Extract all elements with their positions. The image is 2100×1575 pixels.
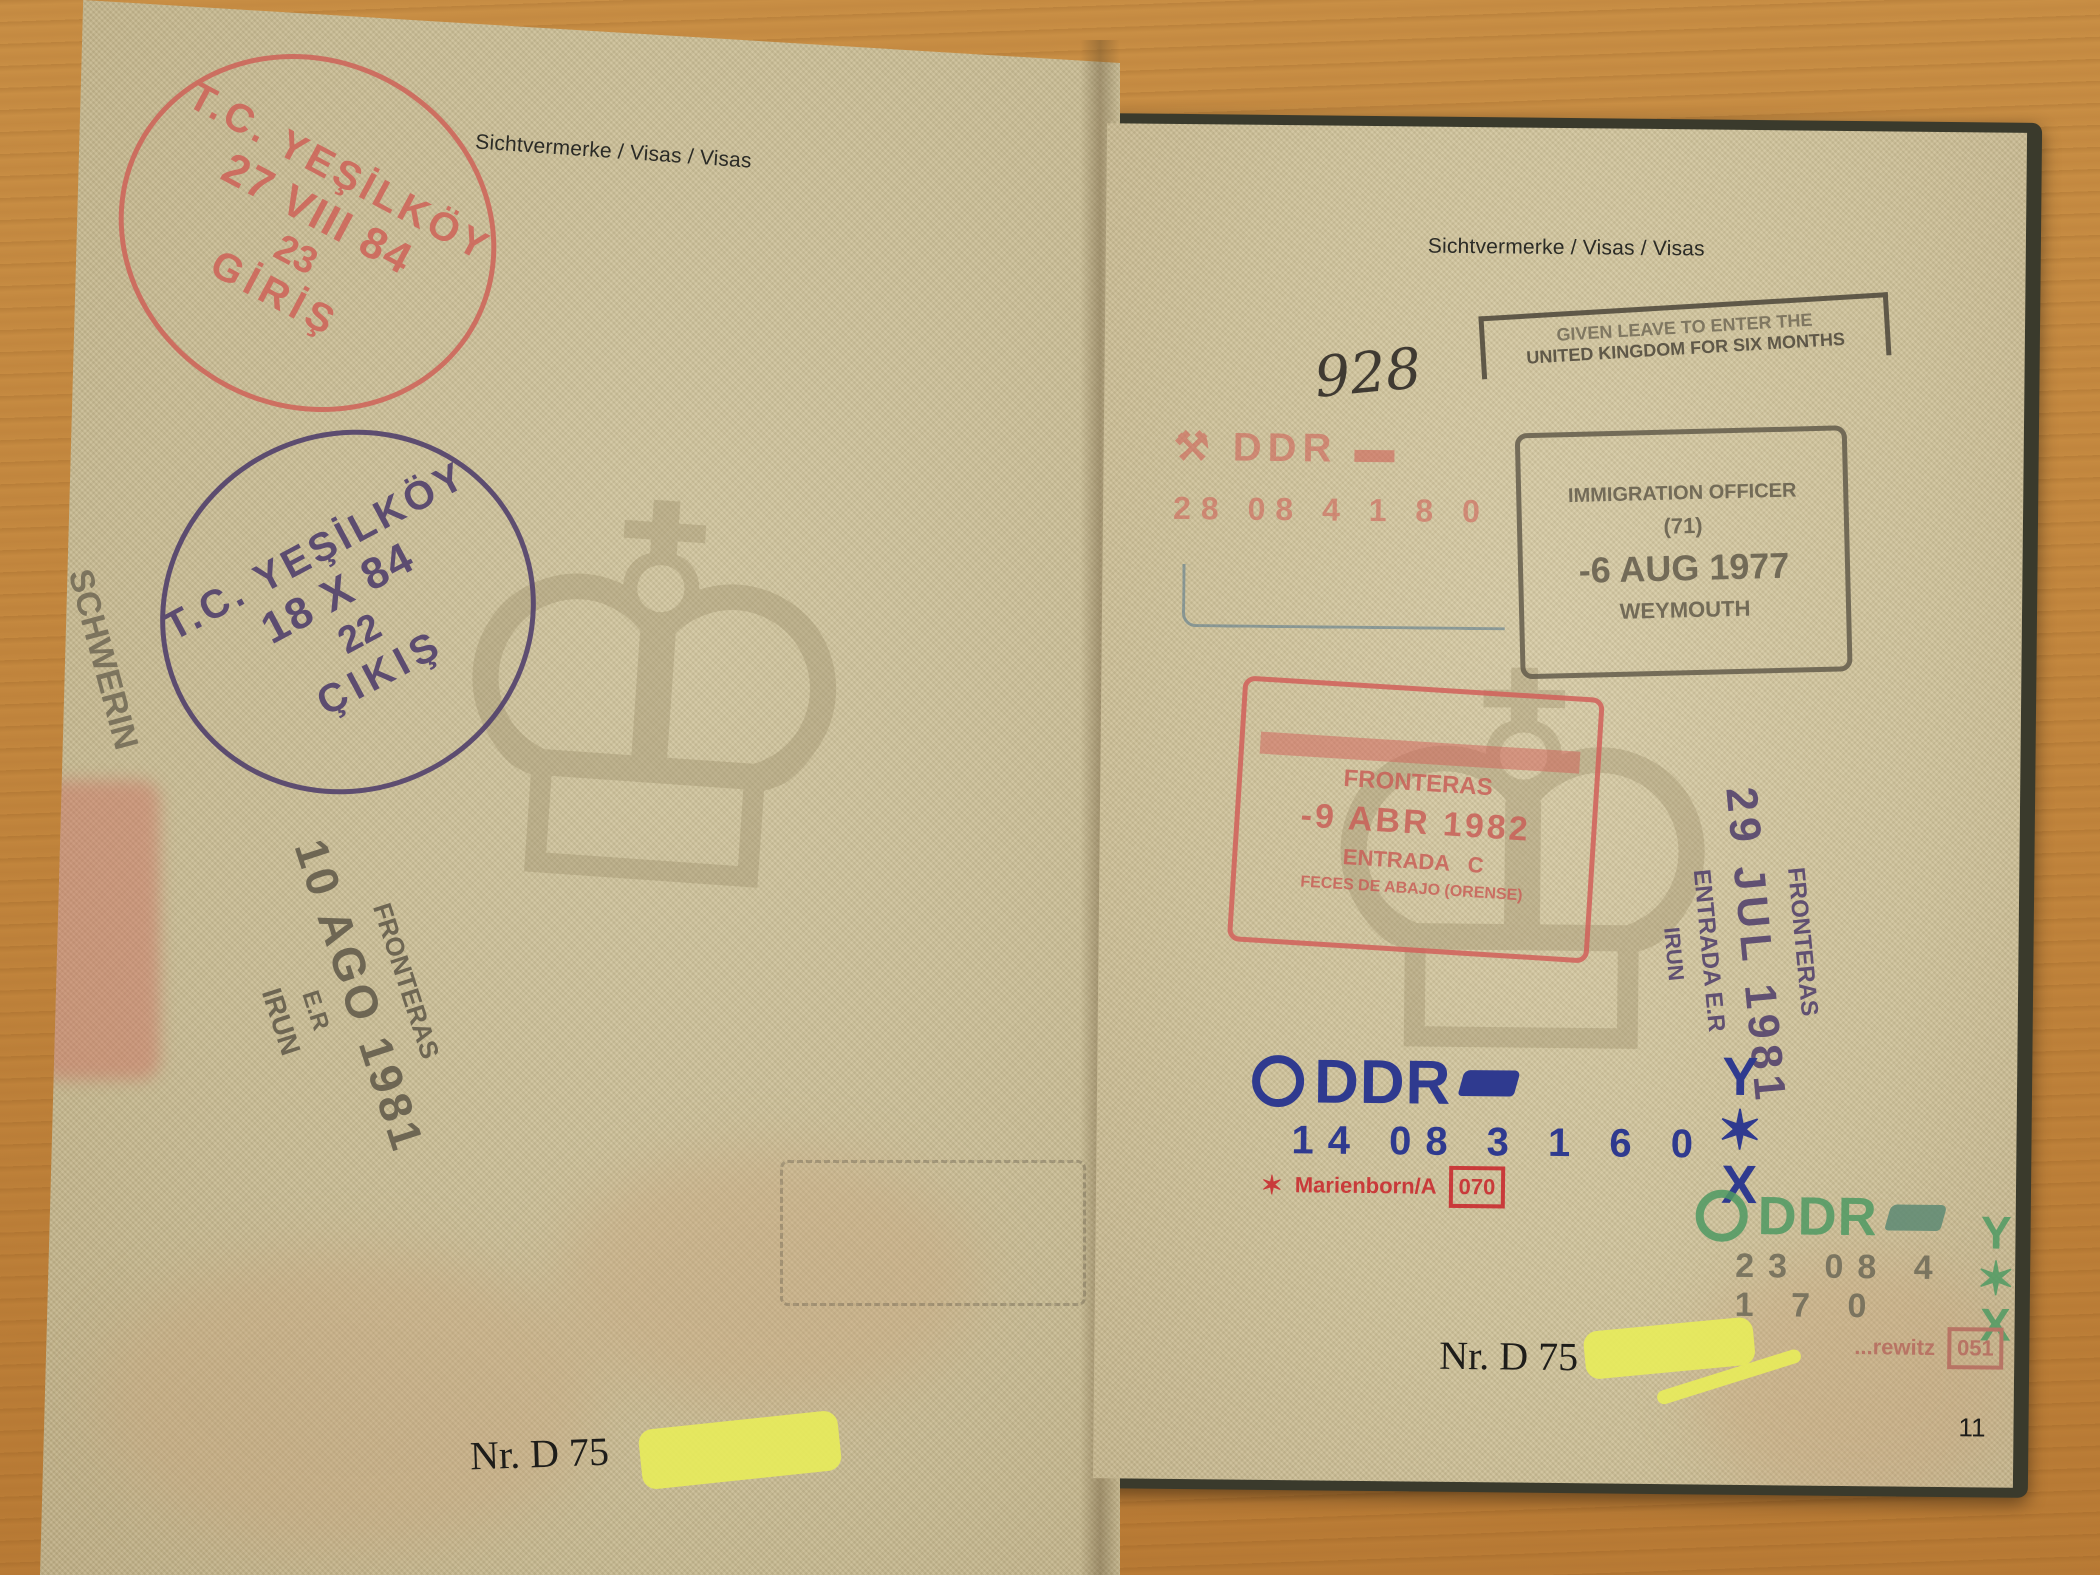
handwritten-number: 928 [1312, 336, 1425, 411]
page-number: 11 [1958, 1412, 1985, 1443]
page-stain [100, 1250, 600, 1550]
right-visa-page: ♔ Sichtvermerke / Visas / Visas 928 GIVE… [1093, 123, 2027, 1488]
faded-blue-handwriting [1182, 564, 1506, 630]
passport-number: Nr. D 75 [1439, 1332, 1578, 1380]
uk-leave-to-enter-stamp: GIVEN LEAVE TO ENTER THE UNITED KINGDOM … [1478, 292, 1891, 379]
ddr-blue-stamp: DDR Y✶X 14 08 3 1 6 0 ✶ Marienborn/A 070 [1251, 1045, 1763, 1212]
ddr-emblem-icon [1252, 1055, 1305, 1108]
spain-entry-stamp: FRONTERAS -9 ABR 1982 ENTRADA C FECES DE… [1227, 675, 1605, 963]
ddr-emblem-icon [1695, 1189, 1748, 1242]
train-icon [1884, 1204, 1947, 1231]
faded-red-stamp [40, 780, 160, 1080]
faded-red-code-stamp: ⚒ DDR ▬ 28 08 4 1 8 0 [1173, 424, 1491, 530]
train-icon [1458, 1070, 1521, 1097]
left-visa-page: ♔ Sichtvermerke / Visas / Visas T.C. YEŞ… [40, 0, 1120, 1575]
partial-edge-stamp: SCHWERIN [60, 565, 146, 754]
uk-immigration-officer-stamp: IMMIGRATION OFFICER (71) -6 AUG 1977 WEY… [1515, 425, 1853, 679]
passport-number: Nr. D 75 [469, 1428, 609, 1480]
highlighter-redaction [637, 1410, 842, 1491]
page-header: Sichtvermerke / Visas / Visas [475, 130, 753, 173]
faded-illegible-stamp [780, 1160, 1086, 1306]
page-header: Sichtvermerke / Visas / Visas [1428, 235, 1705, 262]
